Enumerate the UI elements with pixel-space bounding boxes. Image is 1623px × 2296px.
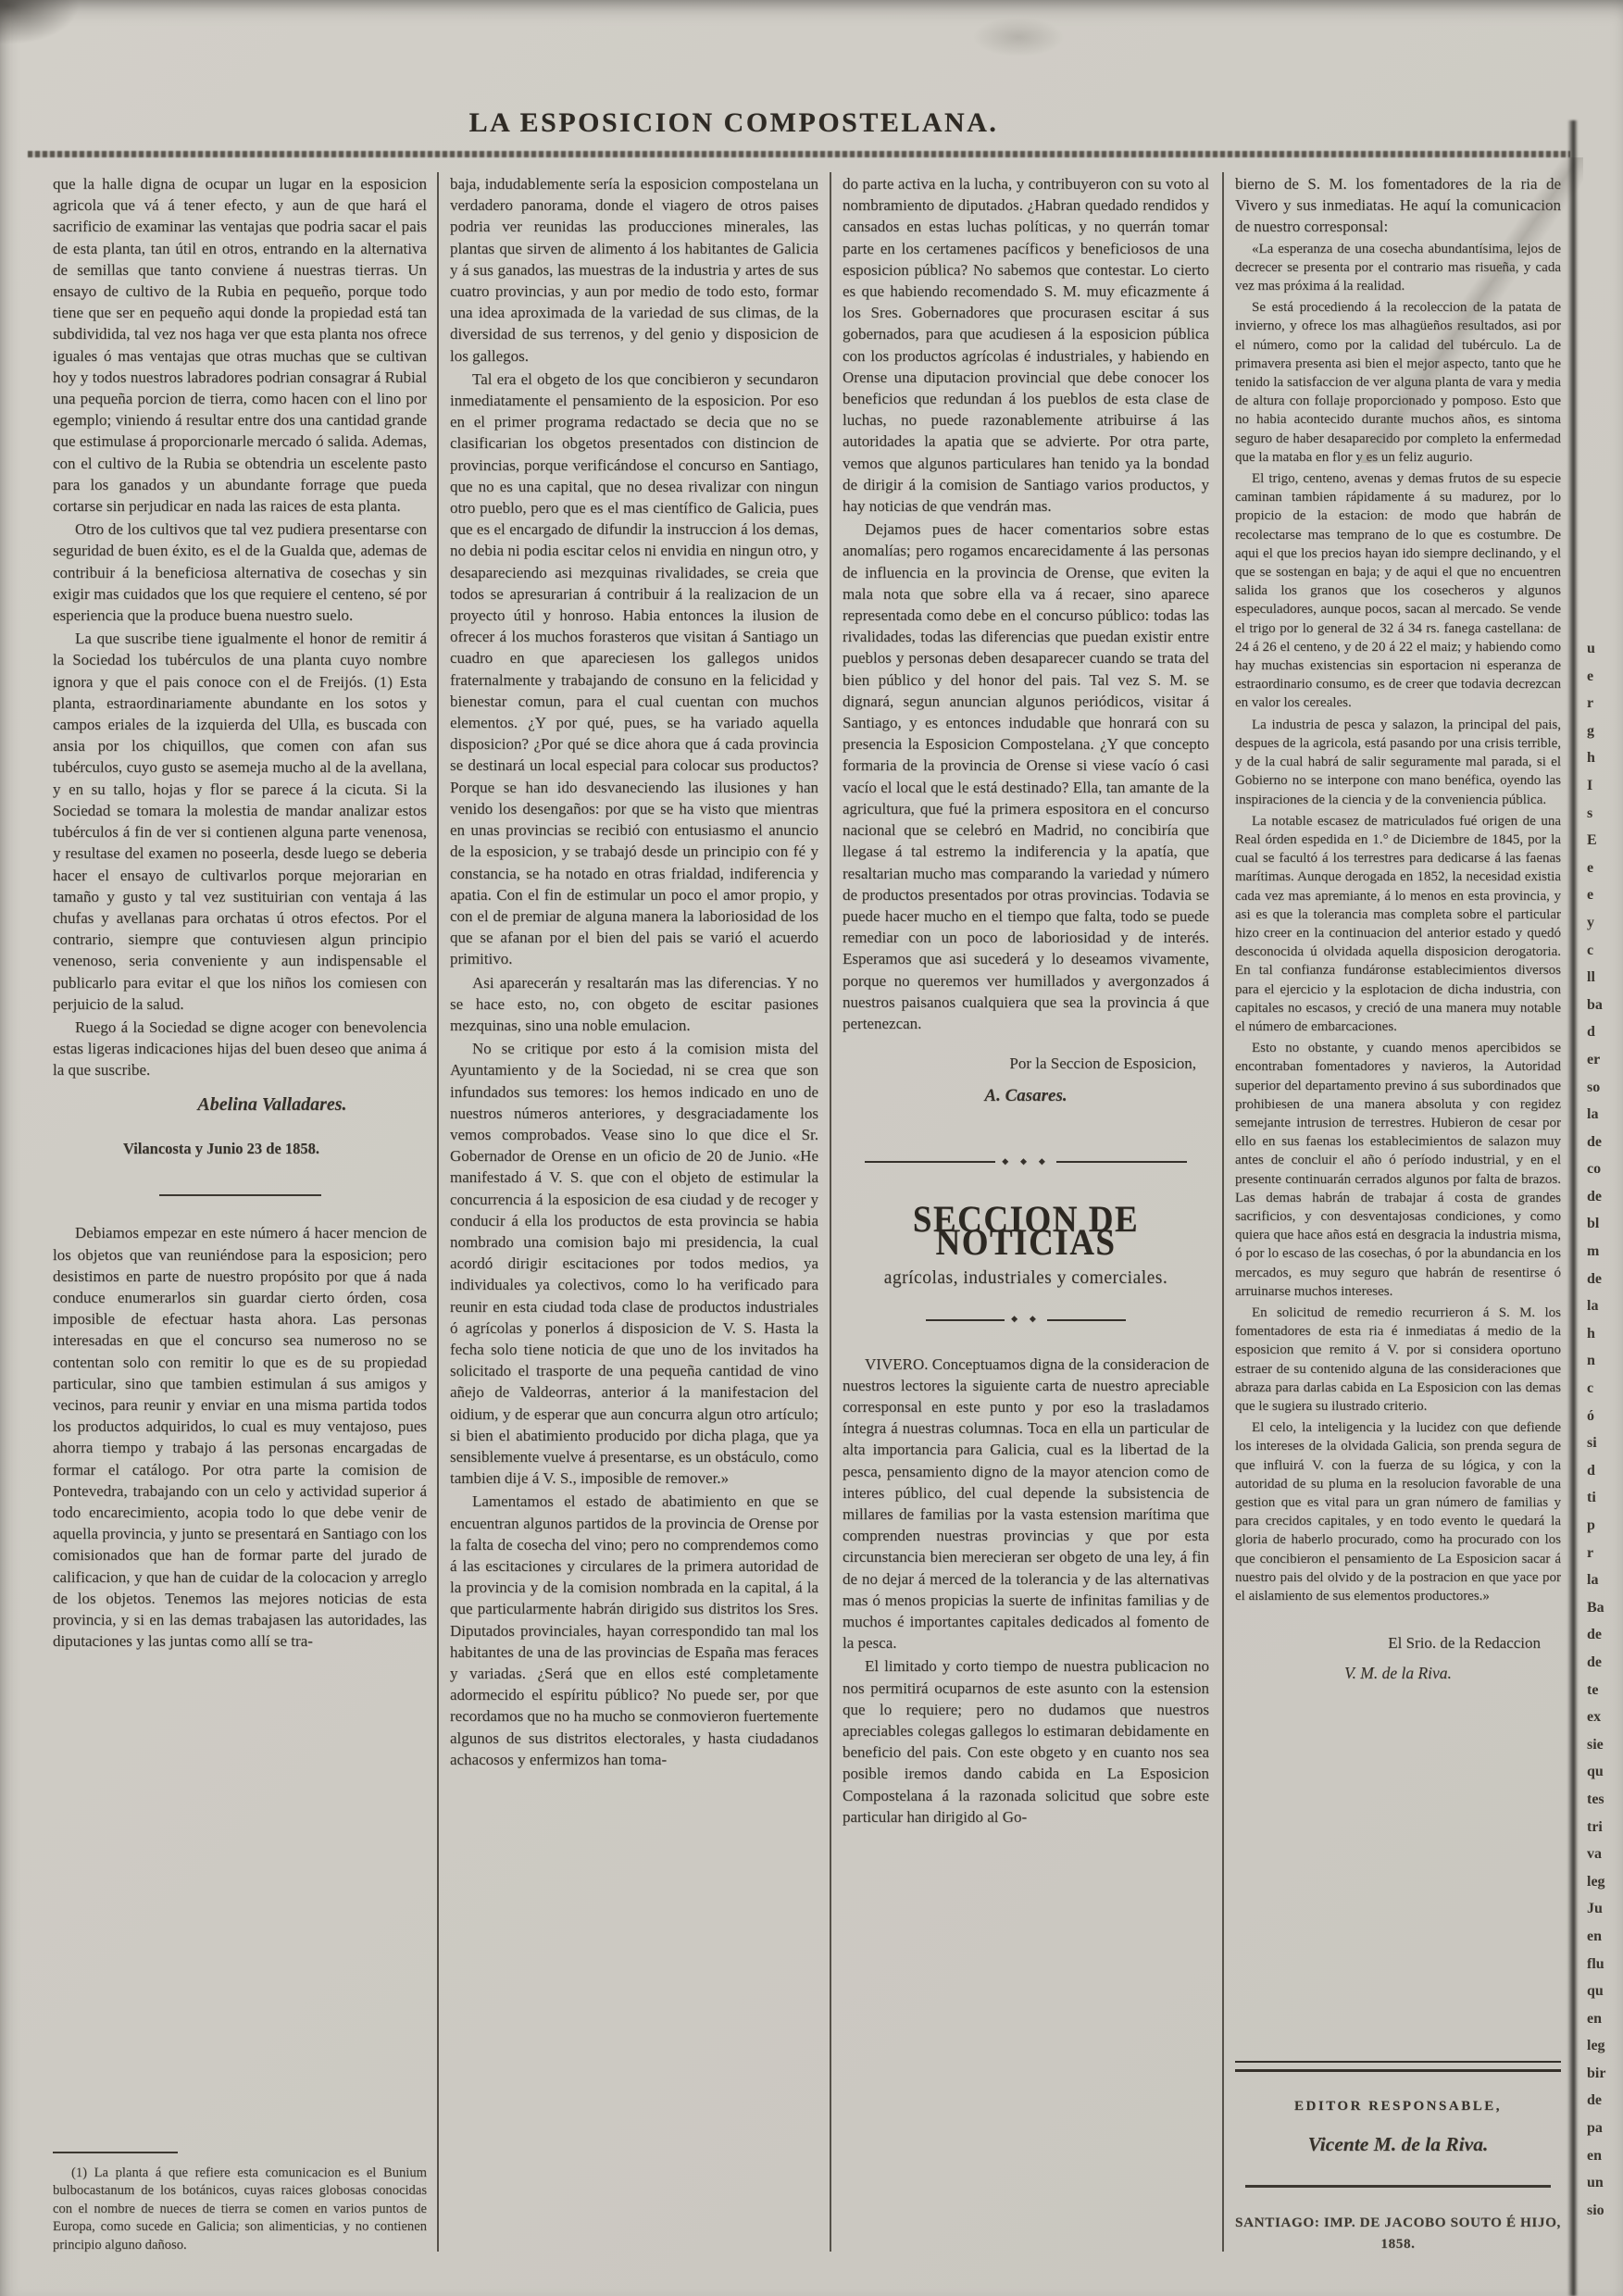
edge-text-fragment: er: [1587, 1046, 1623, 1074]
edge-text-fragment: en: [1587, 2005, 1623, 2033]
paragraph: Asi aparecerán y resaltarán mas las dife…: [450, 972, 818, 1037]
edge-text-fragment: de: [1587, 1129, 1623, 1156]
redaction-secretary-line: El Srio. de la Redaccion: [1235, 1632, 1561, 1653]
masthead: LA ESPOSICION COMPOSTELANA.: [389, 107, 1079, 139]
divider-rule: [1245, 2185, 1551, 2187]
column-1: que la halle digna de ocupar un lugar en…: [53, 173, 427, 2254]
ornament-divider: ◆ ◆ ◆: [865, 1152, 1187, 1173]
edge-text-fragment: y: [1587, 909, 1623, 937]
edge-text-fragment: co: [1587, 1155, 1623, 1183]
paragraph-small: Esto no obstante, y cuando menos apercib…: [1235, 1039, 1561, 1301]
divider-rule: [159, 1194, 321, 1196]
dateline: Vilancosta y Junio 23 de 1858.: [53, 1138, 390, 1159]
edge-text-fragment: e: [1587, 663, 1623, 691]
editor-name: Vicente M. de la Riva.: [1235, 2134, 1561, 2155]
paragraph: bierno de S. M. los fomentadores de la r…: [1235, 173, 1561, 238]
footnote-rule: [53, 2152, 178, 2153]
edge-text-fragment: en: [1587, 1923, 1623, 1951]
section-subheading: agrícolas, industriales y comerciales.: [843, 1267, 1209, 1289]
signature: Abelina Valladares.: [118, 1094, 427, 1116]
edge-text-fragment: leg: [1587, 1868, 1623, 1896]
column-4: bierno de S. M. los fomentadores de la r…: [1235, 173, 1561, 2254]
paragraph-small: La industria de pesca y salazon, la prin…: [1235, 716, 1561, 809]
edge-text-fragment: d: [1587, 1018, 1623, 1046]
edge-text-fragment: e: [1587, 881, 1623, 909]
edge-text-fragment: de: [1587, 1621, 1623, 1649]
edge-text-fragment: qu: [1587, 1978, 1623, 2005]
signature: A. Casares.: [843, 1085, 1209, 1106]
paragraph: baja, indudablemente sería la esposicion…: [450, 173, 818, 367]
edge-text-fragment: la: [1587, 1101, 1623, 1129]
edge-text-fragment: I: [1587, 772, 1623, 800]
edge-text-fragment: r: [1587, 690, 1623, 717]
edge-text-fragment: leg: [1587, 2032, 1623, 2060]
paragraph: El limitado y corto tiempo de nuestra pu…: [843, 1655, 1209, 1828]
paragraph-small: «La esperanza de una cosecha abundantísi…: [1235, 240, 1561, 296]
paragraph: Lamentamos el estado de abatimiento en q…: [450, 1491, 818, 1770]
edge-text-fragment: te: [1587, 1677, 1623, 1704]
edge-text-fragment: c: [1587, 937, 1623, 965]
adjacent-page-edge: uerghIsEeeycllbadersoladecodeblmdelahncó…: [1587, 635, 1623, 2224]
edge-text-fragment: c: [1587, 1375, 1623, 1403]
edge-text-fragment: ó: [1587, 1403, 1623, 1430]
edge-text-fragment: si: [1587, 1429, 1623, 1457]
edge-text-fragment: de: [1587, 2087, 1623, 2115]
edge-text-fragment: s: [1587, 800, 1623, 828]
edge-text-fragment: h: [1587, 1320, 1623, 1348]
editor-label: EDITOR RESPONSABLE,: [1235, 2096, 1561, 2117]
edge-text-fragment: un: [1587, 2169, 1623, 2197]
edge-text-fragment: de: [1587, 1266, 1623, 1293]
edge-text-fragment: h: [1587, 744, 1623, 772]
paragraph-small: En solicitud de remedio recurrieron á S.…: [1235, 1304, 1561, 1416]
edge-text-fragment: g: [1587, 717, 1623, 745]
double-rule: [1235, 2061, 1561, 2072]
newspaper-title: LA ESPOSICION COMPOSTELANA.: [389, 107, 1079, 139]
masthead-rule: [28, 151, 1570, 157]
edge-text-fragment: de: [1587, 1649, 1623, 1677]
edge-text-fragment: sio: [1587, 2197, 1623, 2225]
ornament-divider: ◆ ◆: [926, 1309, 1126, 1330]
paragraph: VIVERO. Conceptuamos digna de la conside…: [843, 1354, 1209, 1654]
section-heading: SECCION DE NOTICIAS: [843, 1208, 1209, 1254]
edge-text-fragment: tri: [1587, 1814, 1623, 1841]
edge-text-fragment: la: [1587, 1292, 1623, 1320]
edge-text-fragment: r: [1587, 1540, 1623, 1567]
paragraph: La que suscribe tiene igualmente el hono…: [53, 628, 427, 1015]
edge-text-fragment: d: [1587, 1457, 1623, 1485]
paragraph: do parte activa en la lucha, y contribuy…: [843, 173, 1209, 517]
paragraph: Debiamos empezar en este número á hacer …: [53, 1222, 427, 1652]
paragraph-small: El celo, la inteligencia y la lucidez co…: [1235, 1418, 1561, 1605]
paragraph: Otro de los cultivos que tal vez pudiera…: [53, 518, 427, 626]
edge-text-fragment: e: [1587, 855, 1623, 882]
redaction-secretary-name: V. M. de la Riva.: [1235, 1663, 1561, 1684]
edge-text-fragment: so: [1587, 1074, 1623, 1102]
edge-text-fragment: Ju: [1587, 1895, 1623, 1923]
edge-text-fragment: ll: [1587, 964, 1623, 992]
paragraph: que la halle digna de ocupar un lugar en…: [53, 173, 427, 517]
paragraph-small: Se está procediendo á la recoleccion de …: [1235, 298, 1561, 467]
section-byline: Por la Seccion de Esposicion,: [843, 1053, 1209, 1074]
edge-text-fragment: sie: [1587, 1731, 1623, 1759]
edge-text-fragment: Ba: [1587, 1594, 1623, 1622]
edge-text-fragment: p: [1587, 1512, 1623, 1540]
edge-text-fragment: bir: [1587, 2060, 1623, 2088]
column-divider-2: [830, 172, 831, 2252]
edge-text-fragment: E: [1587, 827, 1623, 855]
edge-text-fragment: tes: [1587, 1786, 1623, 1814]
edge-text-fragment: n: [1587, 1347, 1623, 1375]
column-divider-1: [437, 172, 439, 2252]
edge-text-fragment: de: [1587, 1183, 1623, 1211]
edge-text-fragment: qu: [1587, 1758, 1623, 1786]
footnote: (1) La planta á que refiere esta comunic…: [53, 2165, 427, 2254]
paragraph: Dejamos pues de hacer comentarios sobre …: [843, 518, 1209, 1034]
edge-text-fragment: en: [1587, 2142, 1623, 2170]
paragraph: No se critique por esto á la comision mi…: [450, 1038, 818, 1489]
paragraph: Tal era el obgeto de los que concibieron…: [450, 368, 818, 970]
column-2: baja, indudablemente sería la esposicion…: [450, 173, 818, 2254]
newspaper-page: LA ESPOSICION COMPOSTELANA. que la halle…: [0, 0, 1623, 2296]
edge-text-fragment: va: [1587, 1841, 1623, 1868]
page-fold-shadow: [1567, 120, 1578, 2296]
edge-text-fragment: flu: [1587, 1951, 1623, 1978]
printer-imprint: SANTIAGO: IMP. DE JACOBO SOUTO É HIJO, 1…: [1235, 2212, 1561, 2254]
edge-text-fragment: ex: [1587, 1703, 1623, 1731]
column-3: do parte activa en la lucha, y contribuy…: [843, 173, 1209, 2254]
column-divider-3: [1222, 172, 1224, 2252]
paragraph: Ruego á la Sociedad se digne acoger con …: [53, 1017, 427, 1081]
edge-text-fragment: pa: [1587, 2115, 1623, 2142]
edge-text-fragment: la: [1587, 1566, 1623, 1594]
edge-text-fragment: ba: [1587, 992, 1623, 1019]
edge-text-fragment: u: [1587, 635, 1623, 663]
edge-text-fragment: ti: [1587, 1484, 1623, 1512]
edge-text-fragment: m: [1587, 1238, 1623, 1266]
edge-text-fragment: bl: [1587, 1210, 1623, 1238]
paragraph-small: La notable escasez de matriculados fué o…: [1235, 812, 1561, 1036]
paragraph-small: El trigo, centeno, avenas y demas frutos…: [1235, 469, 1561, 713]
